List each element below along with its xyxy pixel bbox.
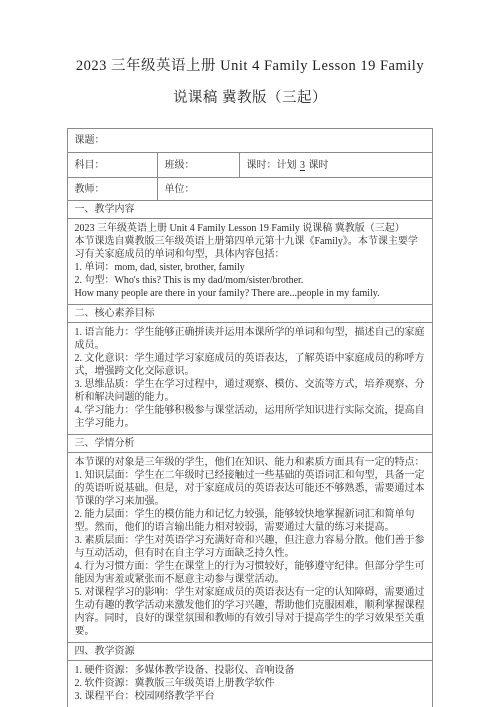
paragraph-line: 1. 单词：mom, dad, sister, brother, family xyxy=(74,261,425,274)
section-heading-row-core-goals: 二、核心素养目标 xyxy=(68,305,432,323)
section-heading: 二、核心素养目标 xyxy=(68,305,432,323)
subject-label: 科目： xyxy=(68,153,158,178)
lesson-plan-table: 课题： 科目： 班级： 课时：计划 3 课时 教师： 单位： 一、教学内容 20… xyxy=(67,128,432,707)
section-heading: 三、学情分析 xyxy=(68,435,432,453)
unit-label: 单位： xyxy=(158,178,432,201)
period-suffix: 课时 xyxy=(306,160,329,171)
paragraph-line: 4. 行为习惯方面：学生在课堂上的行为习惯较好，能够遵守纪律。但部分学生可能因为… xyxy=(74,560,425,586)
period-value: 3 xyxy=(299,160,306,171)
section-heading-row-learner-analysis: 三、学情分析 xyxy=(68,435,432,453)
section-heading: 一、教学内容 xyxy=(68,201,432,219)
section-content: 1. 语言能力：学生能够正确拼读并运用本课所学的单词和句型，描述自己的家庭成员。… xyxy=(68,323,432,435)
paragraph-line: 3. 思维品质：学生在学习过程中，通过观察、模仿、交流等方式，培养观察、分析和解… xyxy=(74,378,425,404)
section-heading-row-teaching-content: 一、教学内容 xyxy=(68,201,432,219)
title-line-1: 2023 三年级英语上册 Unit 4 Family Lesson 19 Fam… xyxy=(0,50,500,82)
teacher-unit-row: 教师： 单位： xyxy=(68,178,432,201)
paragraph-line: 1. 知识层面：学生在二年级时已经接触过一些基础的英语词汇和句型，具备一定的英语… xyxy=(74,469,425,508)
document-title: 2023 三年级英语上册 Unit 4 Family Lesson 19 Fam… xyxy=(0,0,500,114)
paragraph-line: 3. 课程平台：校园网络教学平台 xyxy=(74,690,425,703)
paragraph-line: 2. 软件资源：冀教版三年级英语上册教学软件 xyxy=(74,677,425,690)
paragraph-line: 1. 硬件资源：多媒体教学设备、投影仪、音响设备 xyxy=(74,664,425,677)
section-content-row-teaching-resources: 1. 硬件资源：多媒体教学设备、投影仪、音响设备2. 软件资源：冀教版三年级英语… xyxy=(68,661,432,707)
section-content: 2023 三年级英语上册 Unit 4 Family Lesson 19 Fam… xyxy=(68,219,432,305)
paragraph-line: 2. 能力层面：学生的模仿能力和记忆力较强，能够较快地掌握新词汇和简单句型。然而… xyxy=(74,508,425,534)
paragraph-line: 5. 对课程学习的影响：学生对家庭成员的英语表达有一定的认知障碍，需要通过生动有… xyxy=(74,586,425,638)
paragraph-line: 2. 文化意识：学生通过学习家庭成员的英语表达，了解英语中家庭成员的称呼方式，增… xyxy=(74,352,425,378)
paragraph-line: 本节课的对象是三年级的学生，他们在知识、能力和素质方面具有一定的特点： xyxy=(74,456,425,469)
teacher-label: 教师： xyxy=(68,178,158,201)
paragraph-line: 4. 学习能力：学生能够积极参与课堂活动，运用所学知识进行实际交流，提高自主学习… xyxy=(74,404,425,430)
paragraph-line: 2023 三年级英语上册 Unit 4 Family Lesson 19 Fam… xyxy=(74,222,425,235)
period-prefix: 课时：计划 xyxy=(246,160,299,171)
section-content-row-core-goals: 1. 语言能力：学生能够正确拼读并运用本课所学的单词和句型，描述自己的家庭成员。… xyxy=(68,323,432,435)
paragraph-line: 本节课选自冀教版三年级英语上册第四单元第十九课《Family》。本节课主要学习有… xyxy=(74,235,425,261)
paragraph-line: 3. 素质层面：学生对英语学习充满好奇和兴趣，但注意力容易分散。他们善于参与互动… xyxy=(74,534,425,560)
document-page: 2023 三年级英语上册 Unit 4 Family Lesson 19 Fam… xyxy=(0,0,500,707)
section-heading: 四、教学资源 xyxy=(68,643,432,661)
period-cell: 课时：计划 3 课时 xyxy=(240,153,432,178)
subject-class-period-row: 科目： 班级： 课时：计划 3 课时 xyxy=(68,153,432,178)
section-content-row-learner-analysis: 本节课的对象是三年级的学生，他们在知识、能力和素质方面具有一定的特点：1. 知识… xyxy=(68,453,432,643)
section-content: 1. 硬件资源：多媒体教学设备、投影仪、音响设备2. 软件资源：冀教版三年级英语… xyxy=(68,661,432,707)
paragraph-line: 2. 句型：Who's this? This is my dad/mom/sis… xyxy=(74,274,425,287)
section-heading-row-teaching-resources: 四、教学资源 xyxy=(68,643,432,661)
section-content-row-teaching-content: 2023 三年级英语上册 Unit 4 Family Lesson 19 Fam… xyxy=(68,219,432,305)
paragraph-line: 1. 语言能力：学生能够正确拼读并运用本课所学的单词和句型，描述自己的家庭成员。 xyxy=(74,326,425,352)
title-line-2: 说课稿 冀教版（三起） xyxy=(0,82,500,114)
topic-label: 课题： xyxy=(68,129,432,153)
paragraph-line: How many people are there in your family… xyxy=(74,287,425,300)
topic-row: 课题： xyxy=(68,129,432,153)
class-label: 班级： xyxy=(158,153,240,178)
section-content: 本节课的对象是三年级的学生，他们在知识、能力和素质方面具有一定的特点：1. 知识… xyxy=(68,453,432,643)
